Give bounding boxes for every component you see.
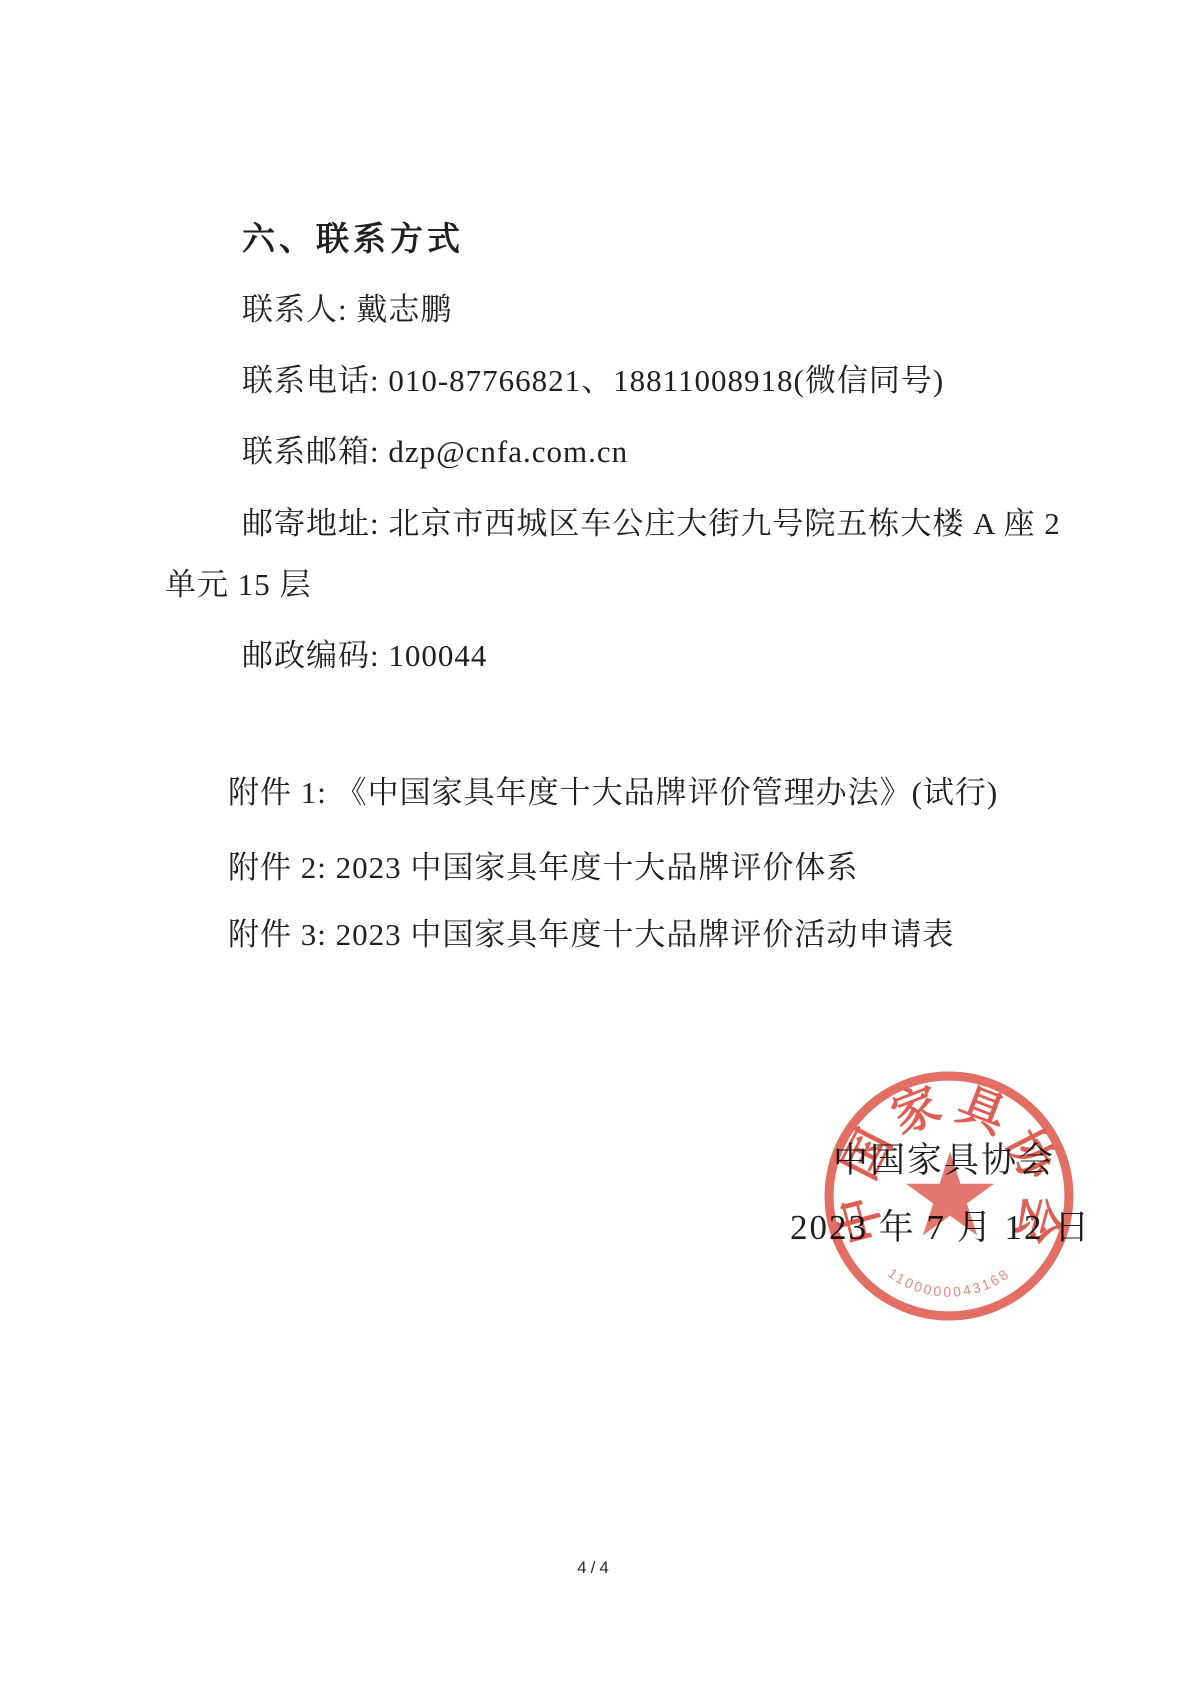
svg-text:1100000043168: 1100000043168 — [885, 1265, 1013, 1300]
attachment-2-line: 附件 2: 2023 中国家具年度十大品牌评价体系 — [228, 850, 858, 886]
section-heading: 六、联系方式 — [242, 222, 464, 260]
document-page: 六、联系方式 联系人: 戴志鹏 联系电话: 010-87766821、18811… — [0, 0, 1190, 1682]
contact-email-line: 联系邮箱: dzp@cnfa.com.cn — [242, 434, 628, 470]
official-seal: 中 国 家 具 协 会 1100000043168 — [818, 1065, 1080, 1327]
mailing-address-line: 邮寄地址: 北京市西城区车公庄大街九号院五栋大楼 A 座 2 — [242, 506, 1061, 542]
address-wrap-line: 单元 15 层 — [165, 567, 312, 603]
seal-serial: 1100000043168 — [885, 1265, 1013, 1300]
seal-star-icon — [906, 1152, 994, 1236]
contact-person-line: 联系人: 戴志鹏 — [242, 292, 452, 328]
attachment-3-line: 附件 3: 2023 中国家具年度十大品牌评价活动申请表 — [228, 917, 954, 953]
page-number: 4/4 — [0, 1558, 1190, 1578]
attachment-1-line: 附件 1: 《中国家具年度十大品牌评价管理办法》(试行) — [228, 775, 998, 811]
contact-phone-line: 联系电话: 010-87766821、18811008918(微信同号) — [242, 363, 944, 399]
postal-code-line: 邮政编码: 100044 — [242, 638, 487, 674]
